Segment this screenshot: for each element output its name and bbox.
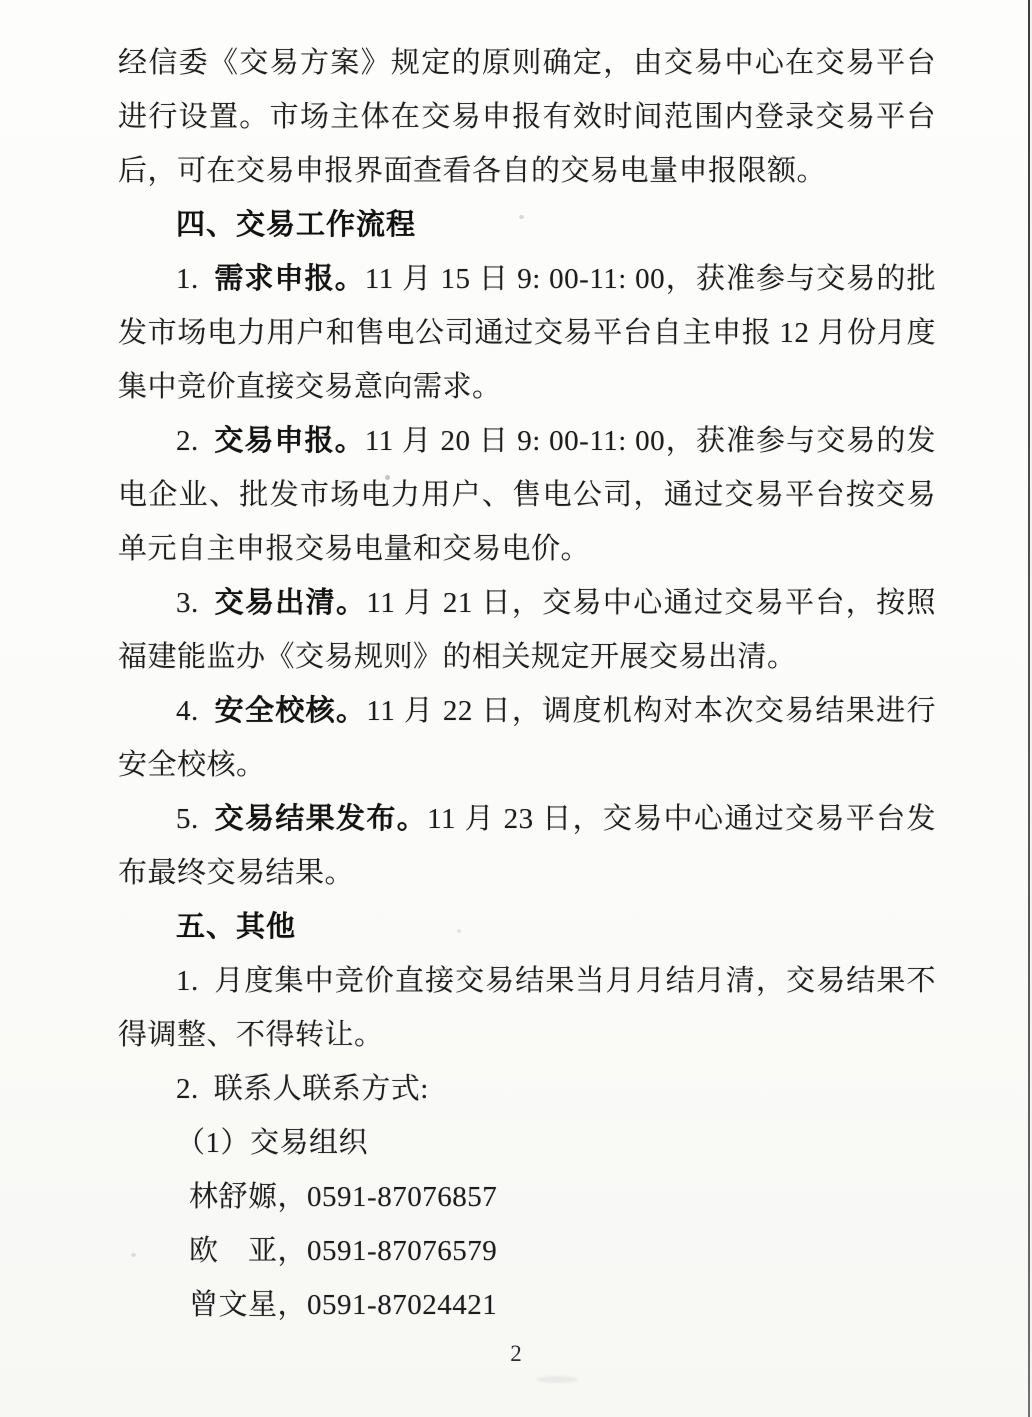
item-label: 交易出清。	[214, 587, 367, 619]
scan-speck	[131, 1253, 136, 1257]
item-number: 5.	[176, 803, 199, 835]
workflow-item-4: 4.安全校核。11 月 22 日，调度机构对本次交易结果进行安全校核。	[118, 684, 936, 792]
workflow-item-1: 1.需求申报。11 月 15 日 9: 00-11: 00，获准参与交易的批发市…	[118, 252, 936, 414]
contact-group-title: （1）交易组织	[118, 1116, 936, 1170]
item-text: 联系人联系方式:	[214, 1073, 429, 1105]
item-label: 交易结果发布。	[214, 803, 427, 835]
contact-line: 曾文星，0591-87024421	[118, 1278, 936, 1332]
item-number: 2.	[176, 425, 199, 457]
other-item-1: 1.月度集中竞价直接交易结果当月月结月清，交易结果不得调整、不得转让。	[118, 954, 936, 1062]
item-number: 1.	[176, 965, 199, 997]
contact-line: 林舒嫄，0591-87076857	[118, 1170, 936, 1224]
section-heading-workflow: 四、交易工作流程	[118, 198, 936, 252]
workflow-item-3: 3.交易出清。11 月 21 日，交易中心通过交易平台，按照福建能监办《交易规则…	[118, 576, 936, 684]
item-text: 月度集中竞价直接交易结果当月月结月清，交易结果不得调整、不得转让。	[118, 965, 936, 1051]
item-label: 交易申报。	[214, 425, 365, 457]
item-number: 3.	[176, 587, 199, 619]
scan-speck	[457, 929, 461, 933]
workflow-item-5: 5.交易结果发布。11 月 23 日，交易中心通过交易平台发布最终交易结果。	[118, 792, 936, 900]
item-label: 安全校核。	[214, 695, 367, 727]
item-number: 2.	[176, 1073, 199, 1105]
scanned-document-page: 经信委《交易方案》规定的原则确定，由交易中心在交易平台进行设置。市场主体在交易申…	[0, 0, 1032, 1417]
scan-speck	[385, 475, 390, 480]
other-item-2: 2.联系人联系方式:	[118, 1062, 936, 1116]
page-number: 2	[0, 1341, 1032, 1367]
item-number: 4.	[176, 695, 199, 727]
intro-paragraph: 经信委《交易方案》规定的原则确定，由交易中心在交易平台进行设置。市场主体在交易申…	[118, 36, 936, 198]
contact-line: 欧 亚，0591-87076579	[118, 1224, 936, 1278]
item-number: 1.	[176, 263, 199, 295]
item-label: 需求申报。	[214, 263, 365, 295]
scan-speck	[519, 215, 524, 219]
document-body: 经信委《交易方案》规定的原则确定，由交易中心在交易平台进行设置。市场主体在交易申…	[118, 36, 936, 1332]
workflow-item-2: 2.交易申报。11 月 20 日 9: 00-11: 00，获准参与交易的发电企…	[118, 414, 936, 576]
scan-smudge	[536, 1376, 578, 1383]
section-heading-other: 五、其他	[118, 900, 936, 954]
